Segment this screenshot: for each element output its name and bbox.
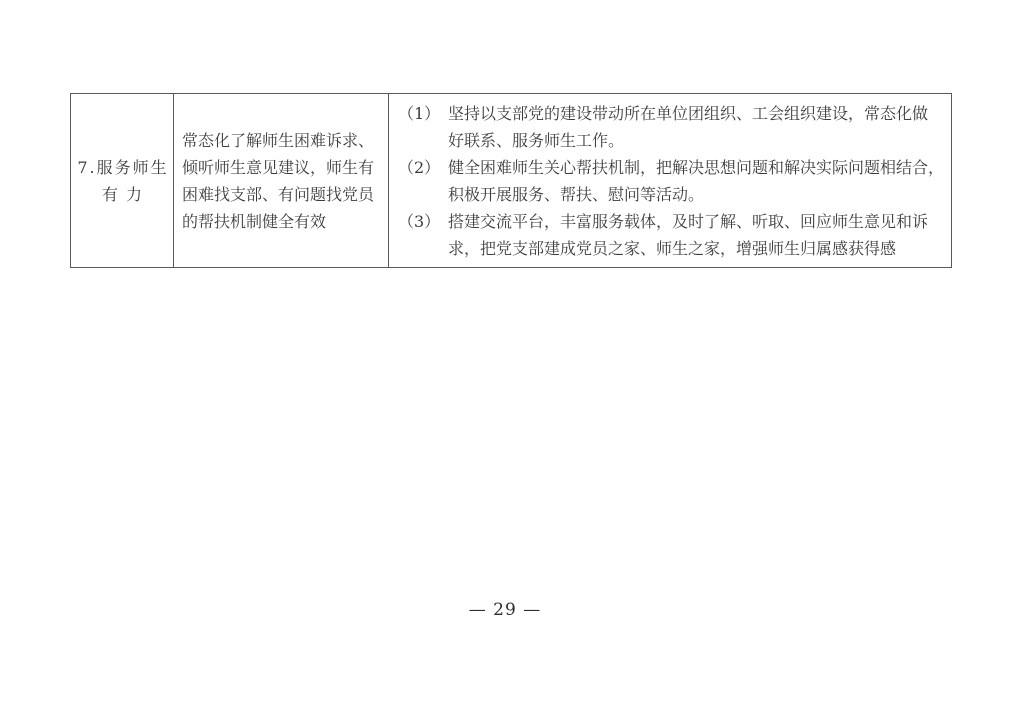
item-number-marker: （2） xyxy=(398,154,448,181)
measure-line: （3）搭建交流平台，丰富服务载体，及时了解、听取、回应师生意见和诉 xyxy=(398,208,947,235)
measure-item-2: （2）健全困难师生关心帮扶机制，把解决思想问题和解决实际问题相结合， 积极开展服… xyxy=(398,154,947,208)
evaluation-table: 7.服务师生 有力 常态化了解师生困难诉求、 倾听师生意见建议，师生有 困难找支… xyxy=(70,93,952,268)
measure-line: （1）坚持以支部党的建设带动所在单位团组织、工会组织建设，常态化做 xyxy=(398,100,947,127)
item-number-marker: （3） xyxy=(398,208,448,235)
item-number-marker: （1） xyxy=(398,100,448,127)
measure-text: 坚持以支部党的建设带动所在单位团组织、工会组织建设，常态化做 xyxy=(448,104,928,123)
page-number: — 29 — xyxy=(0,600,1010,620)
measure-text: 搭建交流平台，丰富服务载体，及时了解、听取、回应师生意见和诉 xyxy=(448,212,928,231)
standard-text-line: 的帮扶机制健全有效 xyxy=(182,208,384,235)
measure-text: 健全困难师生关心帮扶机制，把解决思想问题和解决实际问题相结合， xyxy=(448,158,944,177)
measure-line: 好联系、服务师生工作。 xyxy=(398,127,947,154)
indicator-title-line-1: 7.服务师生 xyxy=(75,154,168,181)
measures-cell: （1）坚持以支部党的建设带动所在单位团组织、工会组织建设，常态化做 好联系、服务… xyxy=(389,94,951,267)
standard-cell: 常态化了解师生困难诉求、 倾听师生意见建议，师生有 困难找支部、有问题找党员 的… xyxy=(174,94,389,267)
measure-item-1: （1）坚持以支部党的建设带动所在单位团组织、工会组织建设，常态化做 好联系、服务… xyxy=(398,100,947,154)
measure-line: 求，把党支部建成党员之家、师生之家，增强师生归属感获得感 xyxy=(398,235,947,262)
indicator-title-line-2: 有力 xyxy=(94,181,150,208)
standard-text-line: 倾听师生意见建议，师生有 xyxy=(182,154,384,181)
standard-text-line: 常态化了解师生困难诉求、 xyxy=(182,127,384,154)
measure-line: （2）健全困难师生关心帮扶机制，把解决思想问题和解决实际问题相结合， xyxy=(398,154,947,181)
standard-text-line: 困难找支部、有问题找党员 xyxy=(182,181,384,208)
measure-line: 积极开展服务、帮扶、慰问等活动。 xyxy=(398,181,947,208)
indicator-cell: 7.服务师生 有力 xyxy=(71,94,174,267)
measure-item-3: （3）搭建交流平台，丰富服务载体，及时了解、听取、回应师生意见和诉 求，把党支部… xyxy=(398,208,947,262)
